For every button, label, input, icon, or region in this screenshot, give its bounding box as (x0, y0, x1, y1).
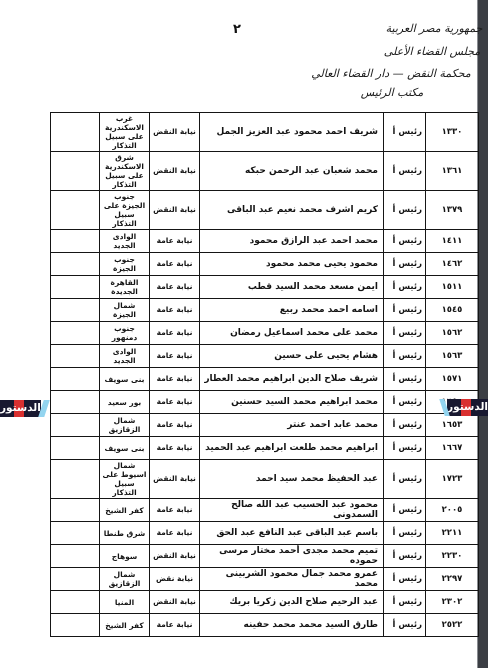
location-cell: شمال الجيزة (100, 299, 150, 322)
seq-cell: ١٦٥٣ (426, 414, 479, 437)
table-row: ١٦٥٠ رئيس أ محمد ابراهيم محمد السيد حسني… (51, 391, 479, 414)
rank-cell: رئيس أ (384, 591, 426, 614)
seq-cell: ١٥١١ (426, 276, 479, 299)
note-cell (51, 345, 100, 368)
note-cell (51, 113, 100, 152)
note-cell (51, 230, 100, 253)
note-cell (51, 499, 100, 522)
location-cell: شمال الزقازيق (100, 568, 150, 591)
rank-cell: رئيس أ (384, 499, 426, 522)
note-cell (51, 191, 100, 230)
seq-cell: ١٥٦٣ (426, 345, 479, 368)
seq-cell: ١٣٧٩ (426, 191, 479, 230)
entity-cell: نيابة نقض (150, 568, 200, 591)
note-cell (51, 591, 100, 614)
rank-cell: رئيس أ (384, 391, 426, 414)
entity-cell: نيابة عامة (150, 345, 200, 368)
rank-cell: رئيس أ (384, 152, 426, 191)
seq-cell: ١٥٦٢ (426, 322, 479, 345)
rank-cell: رئيس أ (384, 276, 426, 299)
name-cell: محمد ابراهيم محمد السيد حسنين (200, 391, 384, 414)
table-row: ١٦٥٣ رئيس أ محمد عابد احمد عنتر نيابة عا… (51, 414, 479, 437)
entity-cell: نيابة عامة (150, 299, 200, 322)
table-row: ١٣٧٩ رئيس أ كريم اشرف محمد نعيم عبد البا… (51, 191, 479, 230)
note-cell (51, 414, 100, 437)
entity-cell: نيابة عامة (150, 276, 200, 299)
location-cell: بنى سويف (100, 368, 150, 391)
table-row: ١٦٦٧ رئيس أ ابراهيم محمد طلعت ابراهيم عب… (51, 437, 479, 460)
location-cell: كفر الشيخ (100, 499, 150, 522)
location-cell: بور سعيد (100, 391, 150, 414)
note-cell (51, 568, 100, 591)
seq-cell: ١٤٦٢ (426, 253, 479, 276)
dostor-watermark-left: الدستور (0, 400, 47, 417)
location-cell: شمال الزقازيق (100, 414, 150, 437)
entity-cell: نيابة عامة (150, 230, 200, 253)
table-row: ٢٣٠٢ رئيس أ عبد الرحيم صلاح الدين زكريا … (51, 591, 479, 614)
name-cell: تميم محمد مجدى أحمد مختار مرسى حموده (200, 545, 384, 568)
location-cell: شرق الاسكندرية على سبيل التذكار (100, 152, 150, 191)
entity-cell: نيابة النقض (150, 113, 200, 152)
name-cell: محمد شعبان عبد الرحمن حبكه (200, 152, 384, 191)
header-court: محكمة النقض — دار القضاء العالي (311, 67, 470, 80)
page-number: ٢ (233, 22, 241, 37)
entity-cell: نيابة عامة (150, 414, 200, 437)
rank-cell: رئيس أ (384, 322, 426, 345)
rank-cell: رئيس أ (384, 522, 426, 545)
entity-cell: نيابة عامة (150, 253, 200, 276)
name-cell: اسامه احمد محمد ربيع (200, 299, 384, 322)
table-row: ١٥٤٥ رئيس أ اسامه احمد محمد ربيع نيابة ع… (51, 299, 479, 322)
note-cell (51, 614, 100, 637)
rank-cell: رئيس أ (384, 545, 426, 568)
seq-cell: ٢٣٠٢ (426, 591, 479, 614)
rank-cell: رئيس أ (384, 253, 426, 276)
location-cell: كفر الشيخ (100, 614, 150, 637)
seq-cell: ١٣٣٠ (426, 113, 479, 152)
roster-table-wrap: ١٣٣٠ رئيس أ شريف احمد محمود عبد العزيز ا… (50, 112, 444, 637)
location-cell: سوهاج (100, 545, 150, 568)
note-cell (51, 545, 100, 568)
rank-cell: رئيس أ (384, 191, 426, 230)
entity-cell: نيابة عامة (150, 391, 200, 414)
name-cell: محمد على محمد اسماعيل رمضان (200, 322, 384, 345)
seq-cell: ١٣٦١ (426, 152, 479, 191)
rank-cell: رئيس أ (384, 368, 426, 391)
location-cell: شرق طنطا (100, 522, 150, 545)
entity-cell: نيابة عامة (150, 499, 200, 522)
name-cell: هشام يحيى على حسين (200, 345, 384, 368)
seq-cell: ٢٢٣٠ (426, 545, 479, 568)
table-row: ٢٢٣٠ رئيس أ تميم محمد مجدى أحمد مختار مر… (51, 545, 479, 568)
rank-cell: رئيس أ (384, 568, 426, 591)
table-row: ١٧٢٣ رئيس أ عبد الحفيظ محمد سيد احمد نيا… (51, 460, 479, 499)
table-row: ١٣٣٠ رئيس أ شريف احمد محمود عبد العزيز ا… (51, 113, 479, 152)
entity-cell: نيابة النقض (150, 545, 200, 568)
rank-cell: رئيس أ (384, 299, 426, 322)
table-row: ١٥١١ رئيس أ ايمن مسعد محمد السيد قطب نيا… (51, 276, 479, 299)
note-cell (51, 322, 100, 345)
location-cell: جنوب الجيزة على سبيل التذكار (100, 191, 150, 230)
name-cell: شريف صلاح الدين ابراهيم محمد العطار (200, 368, 384, 391)
entity-cell: نيابة النقض (150, 152, 200, 191)
entity-cell: نيابة عامة (150, 322, 200, 345)
rank-cell: رئيس أ (384, 345, 426, 368)
note-cell (51, 299, 100, 322)
dostor-watermark-right: الدستور (442, 399, 488, 416)
name-cell: شريف احمد محمود عبد العزيز الجمل (200, 113, 384, 152)
name-cell: محمود عبد الحسيب عبد الله صالح السمدونى (200, 499, 384, 522)
dostor-logo-text: الدستور (447, 399, 488, 416)
name-cell: عبد الرحيم صلاح الدين زكريا بريك (200, 591, 384, 614)
location-cell: المنيا (100, 591, 150, 614)
seq-cell: ٢٥٢٢ (426, 614, 479, 637)
location-cell: شمال اسيوط على سبيل التذكار (100, 460, 150, 499)
entity-cell: نيابة عامة (150, 614, 200, 637)
table-row: ١٥٦٣ رئيس أ هشام يحيى على حسين نيابة عام… (51, 345, 479, 368)
seq-cell: ١٦٦٧ (426, 437, 479, 460)
entity-cell: نيابة عامة (150, 522, 200, 545)
table-row: ١٤١١ رئيس أ محمد احمد عبد الرازق محمود ن… (51, 230, 479, 253)
note-cell (51, 460, 100, 499)
location-cell: غرب الاسكندرية على سبيل التذكار (100, 113, 150, 152)
header-office: مكتب الرئيس (361, 86, 423, 99)
name-cell: محمد عابد احمد عنتر (200, 414, 384, 437)
note-cell (51, 276, 100, 299)
note-cell (51, 253, 100, 276)
location-cell: بنى سويف (100, 437, 150, 460)
roster-body: ١٣٣٠ رئيس أ شريف احمد محمود عبد العزيز ا… (51, 113, 479, 637)
entity-cell: نيابة النقض (150, 591, 200, 614)
header-council: مجلس القضاء الأعلى (384, 45, 480, 58)
name-cell: عبد الحفيظ محمد سيد احمد (200, 460, 384, 499)
table-row: ٢٥٢٢ رئيس أ طارق السيد محمد محمد حفينه ن… (51, 614, 479, 637)
name-cell: طارق السيد محمد محمد حفينه (200, 614, 384, 637)
table-row: ١٥٦٢ رئيس أ محمد على محمد اسماعيل رمضان … (51, 322, 479, 345)
dostor-logo-text: الدستور (0, 400, 41, 417)
note-cell (51, 368, 100, 391)
entity-cell: نيابة النقض (150, 191, 200, 230)
note-cell (51, 437, 100, 460)
note-cell (51, 522, 100, 545)
location-cell: جنوب دمنهور (100, 322, 150, 345)
seq-cell: ١٤١١ (426, 230, 479, 253)
seq-cell: ١٧٢٣ (426, 460, 479, 499)
rank-cell: رئيس أ (384, 614, 426, 637)
location-cell: القاهرة الجديدة (100, 276, 150, 299)
name-cell: باسم عبد الباقى عبد النافع عبد الحق (200, 522, 384, 545)
table-row: ٢٠٠٥ رئيس أ محمود عبد الحسيب عبد الله صا… (51, 499, 479, 522)
location-cell: جنوب الجيزة (100, 253, 150, 276)
location-cell: الوادى الجديد (100, 230, 150, 253)
rank-cell: رئيس أ (384, 460, 426, 499)
note-cell (51, 152, 100, 191)
table-row: ١٣٦١ رئيس أ محمد شعبان عبد الرحمن حبكه ن… (51, 152, 479, 191)
table-row: ١٤٦٢ رئيس أ محمود يحيى محمد محمود نيابة … (51, 253, 479, 276)
seq-cell: ٢٠٠٥ (426, 499, 479, 522)
name-cell: محمد احمد عبد الرازق محمود (200, 230, 384, 253)
table-row: ٢٢٩٧ رئيس أ عمرو محمد جمال محمود الشربين… (51, 568, 479, 591)
rank-cell: رئيس أ (384, 437, 426, 460)
name-cell: عمرو محمد جمال محمود الشربينى محمد (200, 568, 384, 591)
location-cell: الوادى الجديد (100, 345, 150, 368)
seq-cell: ٢٢١١ (426, 522, 479, 545)
table-row: ٢٢١١ رئيس أ باسم عبد الباقى عبد النافع ع… (51, 522, 479, 545)
name-cell: محمود يحيى محمد محمود (200, 253, 384, 276)
entity-cell: نيابة عامة (150, 437, 200, 460)
rank-cell: رئيس أ (384, 230, 426, 253)
name-cell: ايمن مسعد محمد السيد قطب (200, 276, 384, 299)
header-country: جمهورية مصر العربية (386, 22, 483, 35)
seq-cell: ١٥٧١ (426, 368, 479, 391)
seq-cell: ١٥٤٥ (426, 299, 479, 322)
roster-table: ١٣٣٠ رئيس أ شريف احمد محمود عبد العزيز ا… (50, 112, 479, 637)
rank-cell: رئيس أ (384, 414, 426, 437)
rank-cell: رئيس أ (384, 113, 426, 152)
note-cell (51, 391, 100, 414)
name-cell: ابراهيم محمد طلعت ابراهيم عبد الحميد (200, 437, 384, 460)
table-row: ١٥٧١ رئيس أ شريف صلاح الدين ابراهيم محمد… (51, 368, 479, 391)
seq-cell: ٢٢٩٧ (426, 568, 479, 591)
entity-cell: نيابة عامة (150, 368, 200, 391)
name-cell: كريم اشرف محمد نعيم عبد الباقى (200, 191, 384, 230)
entity-cell: نيابة النقض (150, 460, 200, 499)
